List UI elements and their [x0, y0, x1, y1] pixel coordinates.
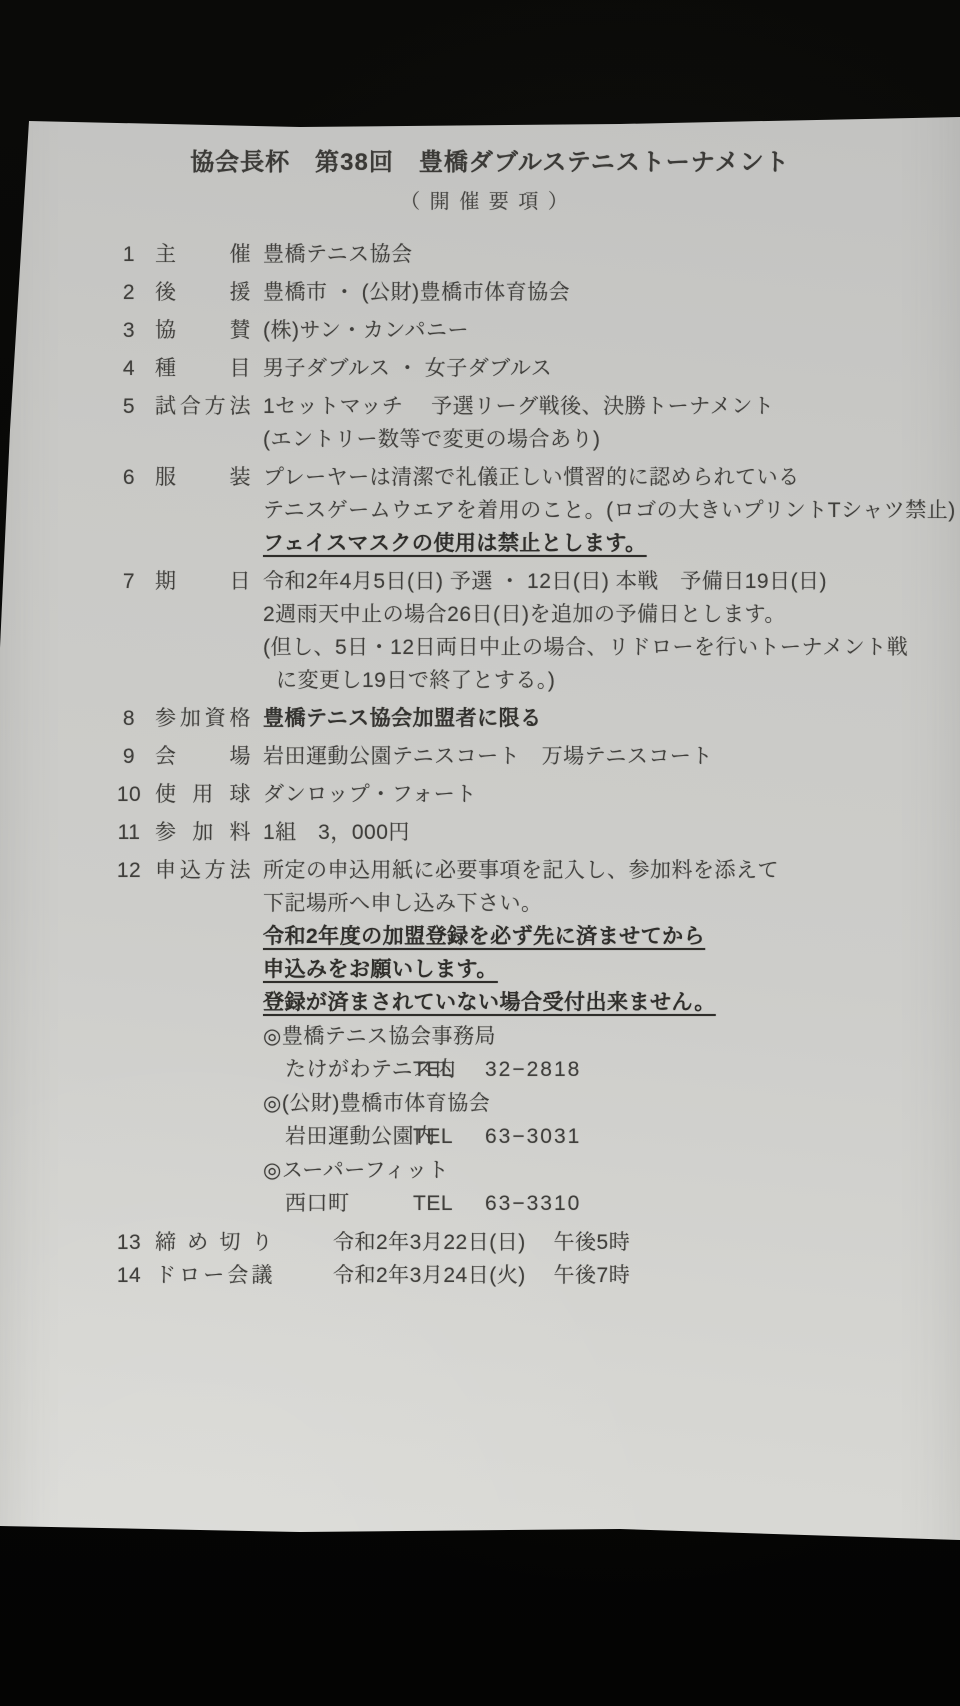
item-label: ドロー会議	[155, 1259, 273, 1292]
item-label: 締め切り	[155, 1226, 273, 1259]
item-row: 12申込方法所定の申込用紙に必要事項を記入し、参加料を添えて下記場所へ申し込み下…	[110, 854, 900, 1220]
item-row: 7期日令和2年4月5日(日) 予選 ・ 12日(日) 本戦 予備日19日(日)2…	[110, 565, 900, 697]
document-page: 協会長杯 第38回 豊橋ダブルステニストーナメント （ 開 催 要 項 ） 1主…	[110, 146, 900, 1297]
item-line: (但し、5日・12日両日中止の場合、リドローを行いトーナメント戦	[263, 631, 900, 664]
item-row: 9会場岩田運動公園テニスコート 万場テニスコート	[110, 740, 900, 773]
underlined-notice-line: 申込みをお願いします。	[263, 953, 900, 986]
item-row: 5試合方法1セットマッチ 予選リーグ戦後、決勝トーナメント(エントリー数等で変更…	[110, 390, 900, 456]
item-line: 所定の申込用紙に必要事項を記入し、参加料を添えて	[263, 854, 900, 887]
item-label: 使用球	[155, 778, 251, 811]
item-number: 1	[110, 238, 143, 271]
item-row: 8参加資格豊橋テニス協会加盟者に限る	[110, 702, 900, 735]
emphasis-line: 豊橋テニス協会加盟者に限る	[263, 702, 900, 735]
item-lines: 1セットマッチ 予選リーグ戦後、決勝トーナメント(エントリー数等で変更の場合あり…	[263, 390, 900, 456]
tel-label: TEL	[413, 1120, 451, 1153]
item-line: プレーヤーは清潔で礼儀正しい慣習的に認められている	[263, 461, 900, 494]
tel-location: たけがわテニス内	[285, 1053, 413, 1086]
items-list: 1主催豊橋テニス協会2後援豊橋市 ・ (公財)豊橋市体育協会3協賛(株)サン・カ…	[110, 238, 900, 1292]
org-line: ◎(公財)豊橋市体育協会	[263, 1087, 900, 1120]
item-line: 岩田運動公園テニスコート 万場テニスコート	[263, 740, 900, 773]
tel-number: 63−3310	[485, 1187, 581, 1220]
photo-of-document: { "photo": { "background_color": "#06060…	[0, 0, 960, 1706]
tel-number: 63−3031	[485, 1120, 581, 1153]
item-line: 男子ダブルス ・ 女子ダブルス	[263, 352, 900, 385]
item-line: 令和2年3月22日(日) 午後5時	[333, 1226, 900, 1259]
tel-number: 32−2818	[485, 1053, 581, 1086]
item-line: 豊橋市 ・ (公財)豊橋市体育協会	[263, 276, 900, 309]
item-line: 令和2年4月5日(日) 予選 ・ 12日(日) 本戦 予備日19日(日)	[263, 565, 900, 598]
item-line: (株)サン・カンパニー	[263, 314, 900, 347]
item-row: 4種目男子ダブルス ・ 女子ダブルス	[110, 352, 900, 385]
item-lines: プレーヤーは清潔で礼儀正しい慣習的に認められているテニスゲームウエアを着用のこと…	[263, 461, 900, 560]
item-lines: 令和2年3月24日(火) 午後7時	[285, 1259, 900, 1292]
item-number: 7	[110, 565, 143, 697]
item-row: 1主催豊橋テニス協会	[110, 238, 900, 271]
tel-line: たけがわテニス内TEL32−2818	[263, 1053, 900, 1086]
item-label: 主催	[155, 238, 251, 271]
item-number: 9	[110, 740, 143, 773]
item-number: 12	[110, 854, 143, 1220]
org-line: ◎豊橋テニス協会事務局	[263, 1020, 900, 1053]
item-number: 6	[110, 461, 143, 560]
item-lines: 豊橋テニス協会	[263, 238, 900, 271]
tel-label: TEL	[413, 1053, 451, 1086]
tel-location: 岩田運動公園内	[285, 1120, 413, 1153]
item-lines: 豊橋テニス協会加盟者に限る	[263, 702, 900, 735]
item-number: 5	[110, 390, 143, 456]
item-row: 2後援豊橋市 ・ (公財)豊橋市体育協会	[110, 276, 900, 309]
item-label: 服装	[155, 461, 251, 560]
tel-label: TEL	[413, 1187, 451, 1220]
item-label: 参加資格	[155, 702, 251, 735]
tel-line: 西口町TEL63−3310	[263, 1187, 900, 1220]
item-lines: 所定の申込用紙に必要事項を記入し、参加料を添えて下記場所へ申し込み下さい。令和2…	[263, 854, 900, 1220]
item-line: 1セットマッチ 予選リーグ戦後、決勝トーナメント	[263, 390, 900, 423]
tel-line: 岩田運動公園内TEL63−3031	[263, 1120, 900, 1153]
item-lines: 岩田運動公園テニスコート 万場テニスコート	[263, 740, 900, 773]
underlined-notice-line: 登録が済まされていない場合受付出来ません。	[263, 986, 900, 1019]
item-line: 下記場所へ申し込み下さい。	[263, 887, 900, 920]
item-line: 豊橋テニス協会	[263, 238, 900, 271]
item-line: ダンロップ・フォート	[263, 778, 900, 811]
item-number: 8	[110, 702, 143, 735]
item-row: 6服装プレーヤーは清潔で礼儀正しい慣習的に認められているテニスゲームウエアを着用…	[110, 461, 900, 560]
org-line: ◎スーパーフィット	[263, 1154, 900, 1187]
item-lines: 豊橋市 ・ (公財)豊橋市体育協会	[263, 276, 900, 309]
item-line: テニスゲームウエアを着用のこと。(ロゴの大きいプリントTシャツ禁止)	[263, 494, 900, 527]
item-label: 参加料	[155, 816, 251, 849]
item-number: 10	[110, 778, 143, 811]
item-row: 13締め切り令和2年3月22日(日) 午後5時	[110, 1226, 900, 1259]
item-label: 試合方法	[155, 390, 251, 456]
item-row: 14ドロー会議令和2年3月24日(火) 午後7時	[110, 1259, 900, 1292]
item-number: 4	[110, 352, 143, 385]
item-row: 11参加料1組 3，000円	[110, 816, 900, 849]
item-label: 協賛	[155, 314, 251, 347]
item-label: 会場	[155, 740, 251, 773]
item-label: 期日	[155, 565, 251, 697]
item-lines: 令和2年4月5日(日) 予選 ・ 12日(日) 本戦 予備日19日(日)2週雨天…	[263, 565, 900, 697]
item-line: (エントリー数等で変更の場合あり)	[263, 423, 900, 456]
underlined-notice-line: フェイスマスクの使用は禁止とします。	[263, 527, 900, 560]
item-row: 10使用球ダンロップ・フォート	[110, 778, 900, 811]
item-label: 後援	[155, 276, 251, 309]
item-number: 13	[110, 1226, 143, 1259]
item-number: 2	[110, 276, 143, 309]
item-number: 14	[110, 1259, 143, 1292]
item-label: 申込方法	[155, 854, 251, 1220]
item-line: 1組 3，000円	[263, 816, 900, 849]
document-title: 協会長杯 第38回 豊橋ダブルステニストーナメント	[110, 146, 870, 180]
item-lines: (株)サン・カンパニー	[263, 314, 900, 347]
document-subtitle: （ 開 催 要 項 ）	[110, 188, 860, 216]
item-number: 11	[110, 816, 143, 849]
item-line: 令和2年3月24日(火) 午後7時	[333, 1259, 900, 1292]
continuation-line: に変更し19日で終了とする。)	[263, 664, 900, 697]
item-label: 種目	[155, 352, 251, 385]
tel-location: 西口町	[285, 1187, 413, 1220]
item-lines: 男子ダブルス ・ 女子ダブルス	[263, 352, 900, 385]
item-number: 3	[110, 314, 143, 347]
item-row: 3協賛(株)サン・カンパニー	[110, 314, 900, 347]
item-lines: 令和2年3月22日(日) 午後5時	[285, 1226, 900, 1259]
underlined-notice-line: 令和2年度の加盟登録を必ず先に済ませてから	[263, 920, 900, 953]
item-lines: 1組 3，000円	[263, 816, 900, 849]
item-line: 2週雨天中止の場合26日(日)を追加の予備日とします。	[263, 598, 900, 631]
item-lines: ダンロップ・フォート	[263, 778, 900, 811]
